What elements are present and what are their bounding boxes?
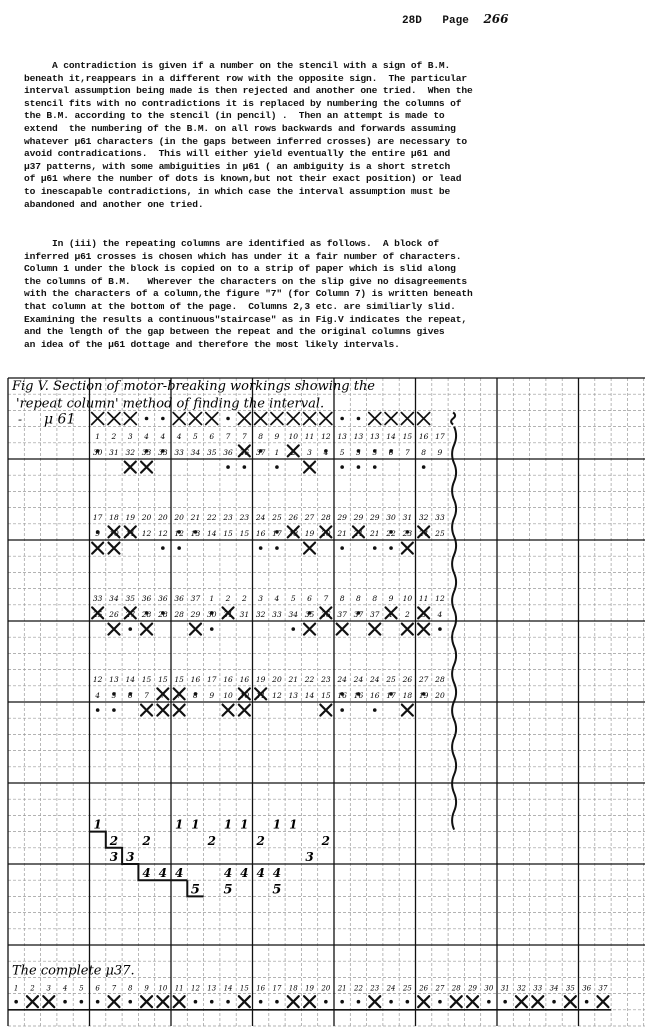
svg-text:15: 15: [158, 675, 168, 684]
svg-text:32: 32: [517, 985, 526, 993]
svg-text:15: 15: [174, 675, 184, 684]
svg-text:9: 9: [209, 691, 214, 700]
svg-text:4: 4: [437, 610, 443, 619]
svg-text:29: 29: [336, 513, 347, 522]
svg-text:23: 23: [369, 985, 379, 993]
svg-text:20: 20: [271, 675, 282, 684]
svg-text:27: 27: [434, 985, 444, 993]
svg-text:16: 16: [256, 529, 266, 538]
svg-text:26: 26: [108, 610, 119, 619]
svg-text:20: 20: [141, 513, 152, 522]
svg-text:31: 31: [109, 448, 119, 457]
svg-text:5: 5: [191, 882, 200, 897]
svg-text:21: 21: [287, 675, 298, 684]
svg-text:14: 14: [305, 691, 315, 700]
svg-text:34: 34: [109, 594, 119, 603]
svg-text:7: 7: [405, 448, 410, 457]
svg-text:21: 21: [336, 529, 347, 538]
svg-text:17: 17: [207, 675, 217, 684]
svg-text:9: 9: [389, 594, 394, 603]
svg-text:25: 25: [385, 675, 396, 684]
svg-text:23: 23: [239, 513, 250, 522]
svg-text:1: 1: [14, 985, 18, 993]
svg-text:18: 18: [109, 513, 119, 522]
svg-text:7: 7: [144, 691, 149, 700]
svg-text:12: 12: [191, 985, 200, 993]
svg-text:8: 8: [421, 448, 426, 457]
svg-text:1: 1: [93, 818, 101, 832]
svg-text:8: 8: [128, 985, 133, 993]
svg-text:15: 15: [321, 691, 331, 700]
svg-text:10: 10: [223, 691, 233, 700]
svg-text:14: 14: [125, 675, 135, 684]
svg-text:16: 16: [223, 675, 233, 684]
svg-text:16: 16: [256, 985, 265, 993]
svg-text:4: 4: [62, 985, 67, 993]
svg-text:5: 5: [193, 432, 198, 441]
svg-text:14: 14: [386, 432, 396, 441]
svg-text:37: 37: [598, 985, 607, 993]
svg-text:2: 2: [207, 834, 216, 848]
svg-text:13: 13: [288, 691, 298, 700]
svg-text:4: 4: [142, 866, 150, 880]
svg-text:21: 21: [190, 513, 201, 522]
svg-text:11: 11: [175, 985, 184, 993]
svg-text:34: 34: [288, 610, 298, 619]
svg-text:6: 6: [307, 594, 312, 603]
svg-text:13: 13: [354, 432, 364, 441]
svg-text:37: 37: [191, 594, 201, 603]
svg-text:17: 17: [435, 432, 445, 441]
svg-text:The complete μ37.: The complete μ37.: [12, 963, 135, 978]
svg-text:19: 19: [256, 675, 266, 684]
svg-text:2: 2: [241, 594, 247, 603]
svg-text:15: 15: [240, 985, 249, 993]
svg-text:9: 9: [144, 985, 149, 993]
svg-text:26: 26: [418, 985, 428, 993]
svg-text:24: 24: [336, 675, 347, 684]
svg-text:25: 25: [402, 985, 412, 993]
svg-text:15: 15: [223, 529, 233, 538]
svg-text:16: 16: [370, 691, 380, 700]
svg-text:-: -: [18, 413, 22, 427]
page-header: 28D Page 266: [402, 12, 509, 27]
svg-text:30: 30: [386, 513, 396, 522]
svg-text:16: 16: [240, 675, 250, 684]
svg-text:26: 26: [287, 513, 298, 522]
svg-text:17: 17: [272, 985, 281, 993]
svg-text:29: 29: [369, 513, 380, 522]
svg-text:28: 28: [451, 985, 461, 993]
svg-text:10: 10: [158, 985, 167, 993]
svg-text:12: 12: [142, 529, 152, 538]
svg-text:4: 4: [224, 866, 232, 880]
svg-text:5: 5: [79, 985, 84, 993]
svg-text:4: 4: [159, 866, 167, 880]
page-number: 266: [483, 12, 508, 26]
svg-text:35: 35: [125, 594, 135, 603]
svg-text:16: 16: [191, 675, 201, 684]
svg-text:28: 28: [434, 675, 445, 684]
svg-text:2: 2: [111, 432, 117, 441]
svg-text:24: 24: [353, 675, 364, 684]
svg-text:1: 1: [240, 818, 248, 832]
svg-text:12: 12: [321, 432, 331, 441]
svg-text:20: 20: [157, 513, 168, 522]
svg-text:4: 4: [273, 866, 281, 880]
svg-text:'repeat column' method of find: 'repeat column' method of finding the in…: [16, 396, 324, 411]
svg-text:31: 31: [240, 610, 250, 619]
svg-text:33: 33: [435, 513, 445, 522]
svg-text:36: 36: [174, 594, 184, 603]
svg-text:8: 8: [340, 594, 345, 603]
svg-text:32: 32: [256, 610, 266, 619]
svg-text:5: 5: [340, 448, 345, 457]
svg-text:2: 2: [141, 834, 150, 848]
svg-text:18: 18: [403, 691, 413, 700]
svg-text:22: 22: [206, 513, 217, 522]
svg-text:19: 19: [305, 529, 315, 538]
svg-text:1: 1: [191, 818, 199, 832]
svg-text:6: 6: [209, 432, 214, 441]
svg-text:25: 25: [434, 529, 445, 538]
svg-text:32: 32: [125, 448, 135, 457]
svg-text:12: 12: [158, 529, 168, 538]
svg-text:23: 23: [222, 513, 233, 522]
svg-text:15: 15: [403, 432, 413, 441]
svg-text:3: 3: [126, 850, 134, 864]
svg-text:27: 27: [418, 675, 429, 684]
svg-text:19: 19: [305, 985, 314, 993]
svg-text:4: 4: [159, 432, 165, 441]
svg-text:5: 5: [291, 594, 296, 603]
svg-text:36: 36: [142, 594, 152, 603]
svg-text:1: 1: [209, 594, 214, 603]
svg-text:12: 12: [93, 675, 103, 684]
svg-text:29: 29: [467, 985, 477, 993]
svg-text:24: 24: [255, 513, 266, 522]
svg-text:2: 2: [29, 985, 35, 993]
svg-text:4: 4: [240, 866, 248, 880]
svg-text:31: 31: [403, 513, 413, 522]
svg-text:15: 15: [142, 675, 152, 684]
svg-text:17: 17: [93, 513, 103, 522]
svg-text:12: 12: [435, 594, 445, 603]
svg-text:37: 37: [337, 610, 347, 619]
svg-text:7: 7: [242, 432, 247, 441]
svg-text:5: 5: [224, 882, 233, 897]
svg-text:28: 28: [173, 610, 184, 619]
svg-text:3: 3: [258, 594, 263, 603]
paragraph-repeating-columns: In (iii) the repeating columns are ident…: [24, 238, 624, 351]
svg-text:36: 36: [223, 448, 233, 457]
svg-text:4: 4: [274, 594, 280, 603]
svg-text:19: 19: [125, 513, 135, 522]
svg-text:5: 5: [272, 882, 281, 897]
figure-v-grid: Fig V. Section of motor-breaking working…: [0, 360, 650, 1035]
svg-text:29: 29: [190, 610, 201, 619]
svg-text:36: 36: [158, 594, 168, 603]
svg-text:31: 31: [501, 985, 510, 993]
svg-text:10: 10: [288, 432, 298, 441]
svg-text:7: 7: [226, 432, 231, 441]
svg-text:36: 36: [582, 985, 591, 993]
svg-text:2: 2: [225, 594, 231, 603]
svg-text:1: 1: [95, 432, 100, 441]
svg-text:Fig V. Section of motor-break: Fig V. Section of motor-breaking working…: [11, 379, 375, 394]
svg-text:13: 13: [109, 675, 119, 684]
svg-text:33: 33: [93, 594, 103, 603]
svg-text:35: 35: [566, 985, 575, 993]
svg-text:4: 4: [176, 432, 182, 441]
svg-text:μ 61: μ 61: [44, 412, 75, 428]
svg-text:37: 37: [370, 610, 380, 619]
svg-text:22: 22: [304, 675, 315, 684]
svg-text:32: 32: [419, 513, 429, 522]
svg-text:24: 24: [369, 675, 380, 684]
svg-text:9: 9: [438, 448, 443, 457]
document-id: 28D: [402, 15, 422, 27]
svg-text:3: 3: [110, 850, 118, 864]
svg-text:3: 3: [307, 448, 312, 457]
svg-text:18: 18: [289, 985, 298, 993]
svg-text:24: 24: [386, 985, 396, 993]
svg-text:7: 7: [323, 594, 328, 603]
svg-text:15: 15: [240, 529, 250, 538]
svg-text:33: 33: [272, 610, 282, 619]
svg-text:34: 34: [191, 448, 201, 457]
svg-text:27: 27: [304, 513, 315, 522]
svg-text:2: 2: [404, 610, 410, 619]
svg-text:12: 12: [272, 691, 282, 700]
paragraph-contradiction: A contradiction is given if a number on …: [24, 60, 624, 211]
svg-text:3: 3: [47, 985, 52, 993]
svg-text:2: 2: [255, 834, 264, 848]
svg-text:35: 35: [207, 448, 217, 457]
svg-text:10: 10: [403, 594, 413, 603]
svg-text:34: 34: [550, 985, 559, 993]
svg-text:7: 7: [112, 985, 117, 993]
svg-text:4: 4: [256, 866, 264, 880]
svg-text:14: 14: [224, 985, 233, 993]
svg-text:13: 13: [370, 432, 380, 441]
svg-text:2: 2: [321, 834, 330, 848]
svg-text:26: 26: [402, 675, 413, 684]
svg-text:33: 33: [533, 985, 542, 993]
svg-text:20: 20: [173, 513, 184, 522]
svg-text:13: 13: [337, 432, 347, 441]
svg-text:4: 4: [94, 691, 100, 700]
svg-text:22: 22: [353, 985, 363, 993]
svg-text:13: 13: [207, 985, 216, 993]
svg-text:20: 20: [434, 691, 445, 700]
svg-text:3: 3: [305, 850, 313, 864]
svg-text:21: 21: [337, 985, 347, 993]
svg-text:9: 9: [275, 432, 280, 441]
svg-text:25: 25: [271, 513, 282, 522]
svg-text:1: 1: [289, 818, 297, 832]
svg-text:4: 4: [143, 432, 149, 441]
svg-text:1: 1: [224, 818, 232, 832]
svg-text:20: 20: [320, 985, 330, 993]
svg-text:30: 30: [484, 985, 493, 993]
svg-text:11: 11: [419, 594, 429, 603]
svg-text:23: 23: [320, 675, 331, 684]
svg-text:2: 2: [109, 834, 118, 848]
svg-text:8: 8: [372, 594, 377, 603]
svg-text:8: 8: [356, 594, 361, 603]
svg-text:11: 11: [305, 432, 315, 441]
svg-text:8: 8: [258, 432, 263, 441]
svg-text:21: 21: [369, 529, 380, 538]
svg-text:4: 4: [175, 866, 183, 880]
svg-text:1: 1: [273, 818, 281, 832]
svg-text:6: 6: [95, 985, 100, 993]
svg-text:29: 29: [353, 513, 364, 522]
svg-text:33: 33: [174, 448, 184, 457]
svg-text:28: 28: [320, 513, 331, 522]
svg-text:16: 16: [419, 432, 429, 441]
svg-text:14: 14: [207, 529, 217, 538]
svg-text:1: 1: [175, 818, 183, 832]
svg-text:1: 1: [275, 448, 280, 457]
svg-text:3: 3: [128, 432, 133, 441]
page-label: Page: [442, 15, 468, 27]
